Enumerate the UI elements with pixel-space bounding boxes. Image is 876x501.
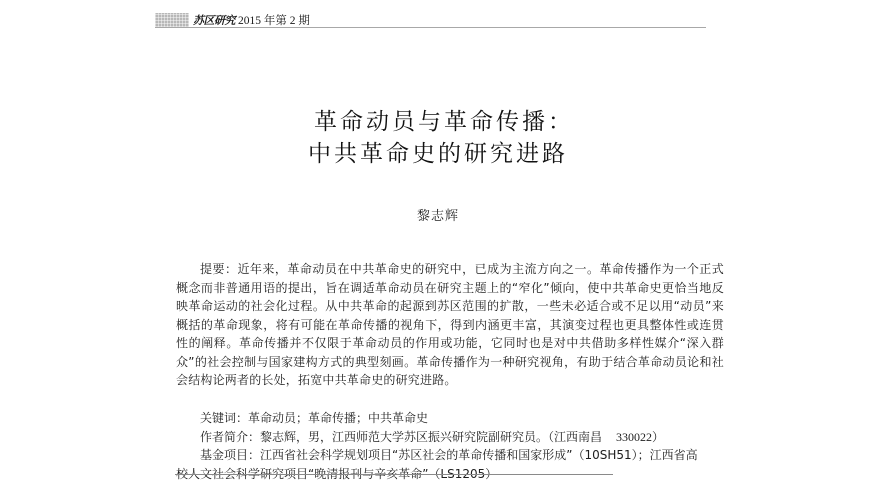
article-title-line1: 革命动员与革命传播： <box>6 103 876 136</box>
issue-number: 2015 年第 2 期 <box>238 12 310 28</box>
author-bio-text: 黎志辉，男，江西师范大学苏区振兴研究院副研究员。（江西南昌 <box>260 430 602 444</box>
article-meta: 关键词：革命动员；革命传播；中共革命史 作者简介：黎志辉，男，江西师范大学苏区振… <box>176 409 724 483</box>
article-author: 黎志辉 <box>0 205 876 224</box>
journal-name: 苏区研究 <box>193 12 235 28</box>
header-rule <box>155 27 706 28</box>
footnote-rule <box>175 474 613 475</box>
keywords: 关键词：革命动员；革命传播；中共革命史 <box>176 409 724 428</box>
abstract: 提要：近年来，革命动员在中共革命史的研究中，已成为主流方向之一。革命传播作为一个… <box>176 260 724 390</box>
author-bio-postcode: 330022） <box>616 430 664 444</box>
author-bio: 作者简介：黎志辉，男，江西师范大学苏区振兴研究院副研究员。（江西南昌330022… <box>176 428 724 447</box>
author-bio-label: 作者简介： <box>200 430 260 444</box>
article-title-line2: 中共革命史的研究进路 <box>0 135 876 168</box>
keywords-label: 关键词： <box>200 411 248 425</box>
keywords-text: 革命动员；革命传播；中共革命史 <box>248 411 428 425</box>
funding-line1: 江西省社会科学规划项目“苏区社会的革命传播和国家形成”（10SH51）；江西省高 <box>260 448 698 462</box>
abstract-text: 近年来，革命动员在中共革命史的研究中，已成为主流方向之一。革命传播作为一个正式概… <box>176 262 724 387</box>
funding: 基金项目：江西省社会科学规划项目“苏区社会的革命传播和国家形成”（10SH51）… <box>176 446 724 465</box>
abstract-label: 提要： <box>200 262 237 276</box>
funding-label: 基金项目： <box>200 448 260 462</box>
header-decorative-block <box>155 13 189 27</box>
